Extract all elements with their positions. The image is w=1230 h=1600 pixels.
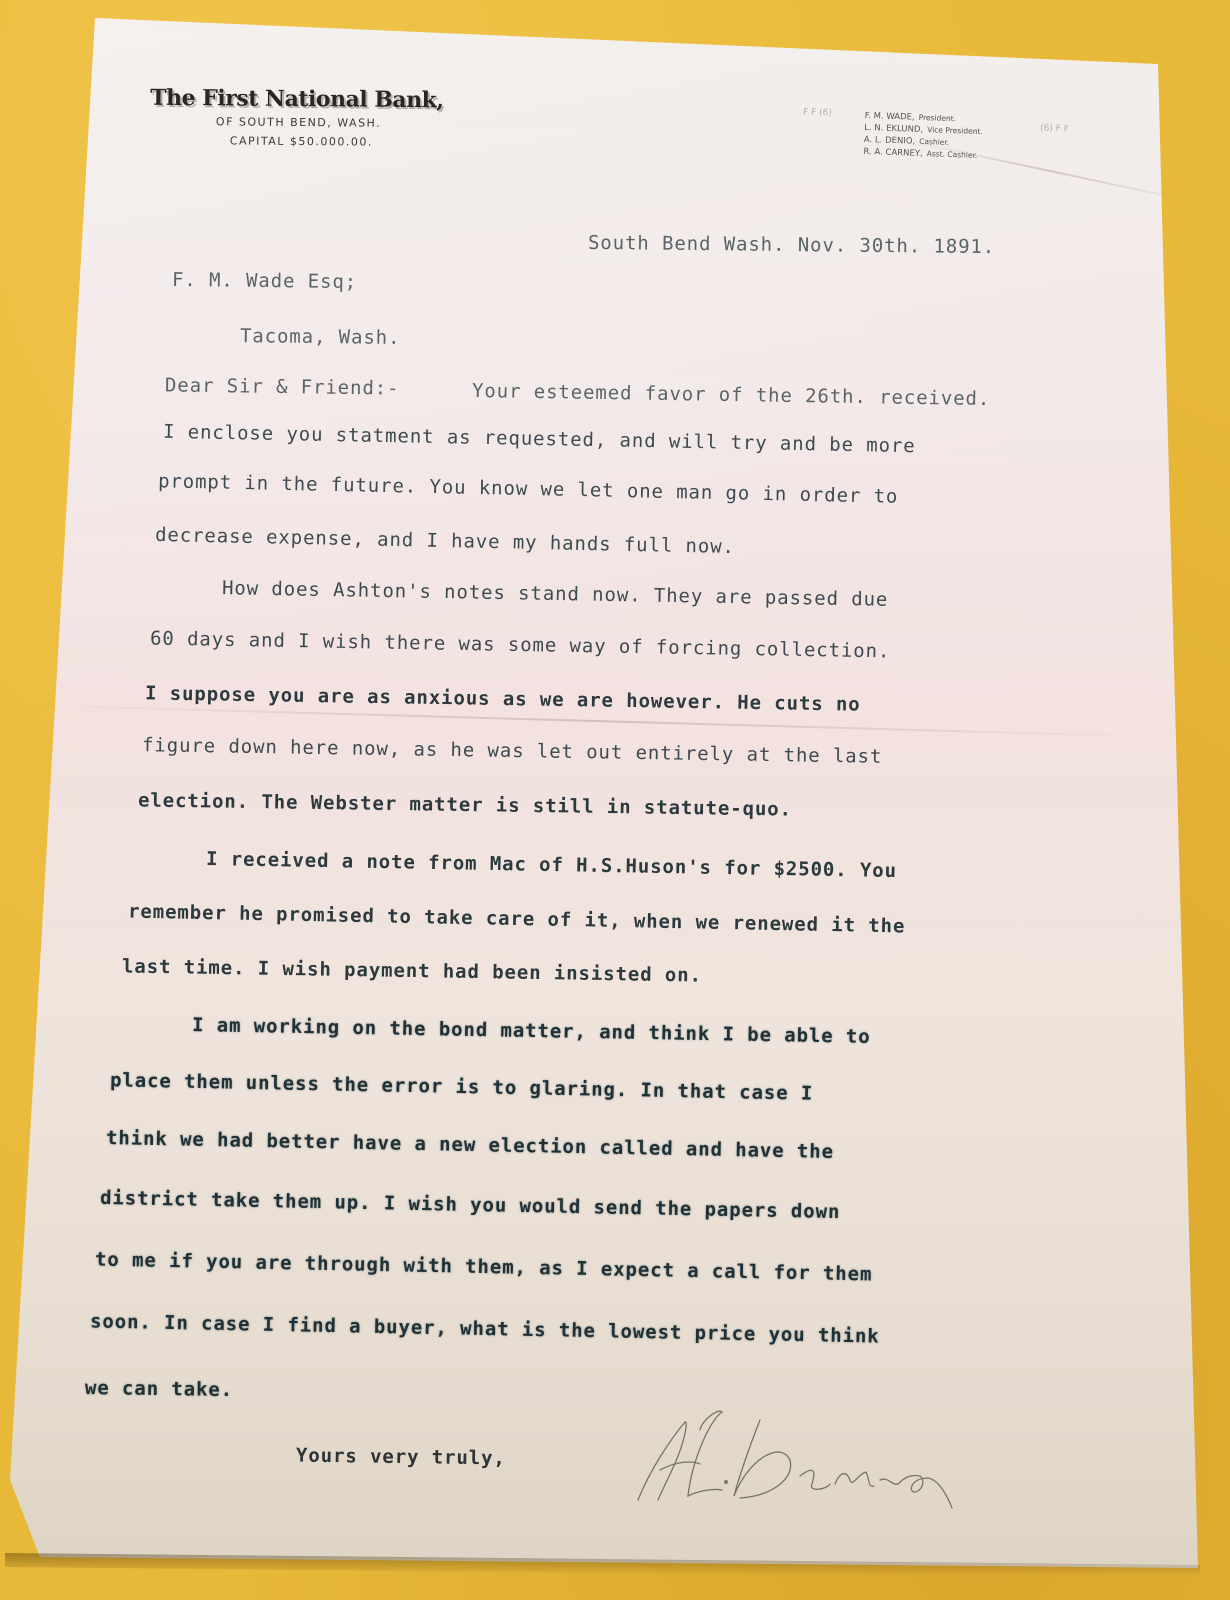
bank-name: The First National Bank, (150, 85, 444, 114)
officers-mark-right: (6) F F (1040, 124, 1069, 135)
recipient-name: F. M. Wade Esq; (172, 269, 357, 293)
bank-location: OF SOUTH BEND, WASH. (216, 115, 443, 130)
officer-title: President. (919, 113, 957, 123)
bank-capital: CAPITAL $50.000.00. (230, 134, 443, 149)
salutation: Dear Sir & Friend:- (165, 374, 400, 399)
recipient-city: Tacoma, Wash. (240, 325, 401, 349)
officer-name: F. M. WADE, (864, 111, 914, 123)
body-line: we can take. (85, 1377, 233, 1401)
dateline: South Bend Wash. Nov. 30th. 1891. (588, 232, 995, 258)
officer-name: R. A. CARNEY, (863, 147, 923, 159)
officer-title: Asst. Cashier. (927, 149, 978, 160)
closing: Yours very truly, (296, 1445, 506, 1470)
officer-title: Cashier. (919, 137, 949, 147)
officer-name: L. N. EKLUND, (864, 123, 923, 135)
letterhead: The First National Bank, OF SOUTH BEND, … (150, 85, 444, 150)
officers-mark-left: F F (6) (803, 108, 832, 119)
officer-title: Vice President. (927, 125, 983, 136)
officers-list: F. M. WADE,President. L. N. EKLUND,Vice … (863, 110, 983, 162)
handwritten-signature: A. L. Denio (630, 1400, 980, 1510)
officer-name: A. L. DENIO, (864, 135, 916, 147)
